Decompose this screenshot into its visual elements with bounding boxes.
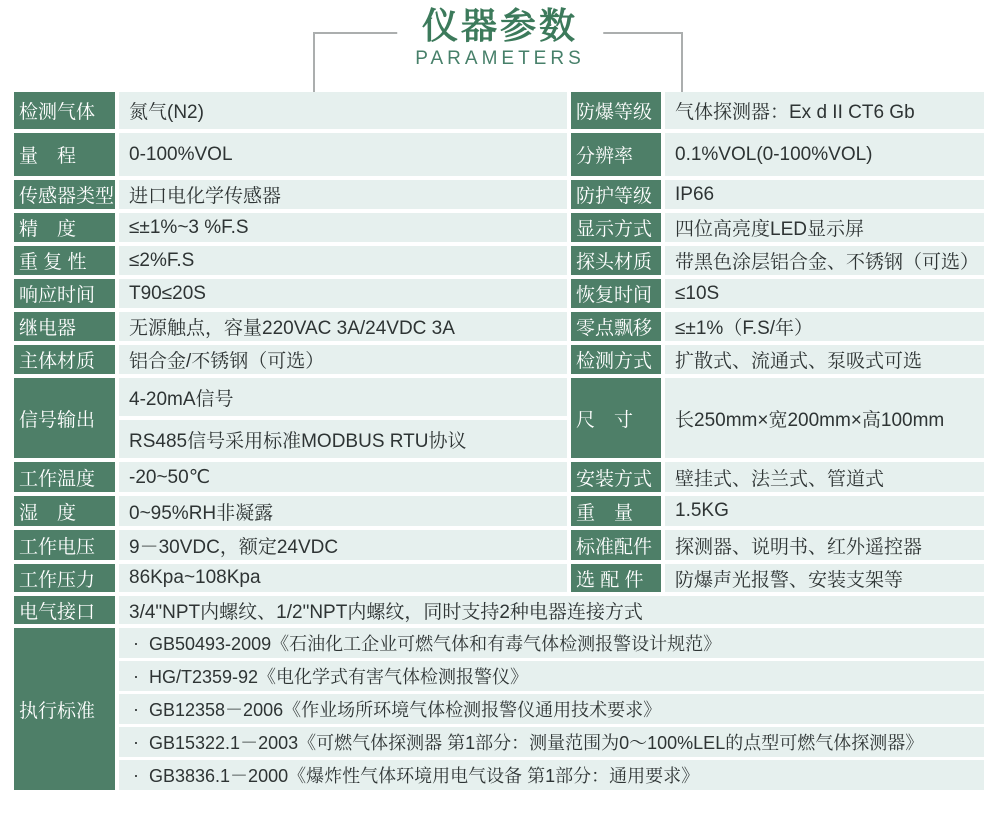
signal-output-values: 4-20mA信号 RS485信号采用标准MODBUS RTU协议 bbox=[119, 378, 567, 458]
bullet-icon: · bbox=[133, 666, 139, 687]
standards-list: · GB50493-2009《石油化工企业可燃气体和有毒气体检测报警设计规范》 … bbox=[119, 628, 984, 790]
table-row: 工作压力 86Kpa~108Kpa 选 配 件 防爆声光报警、安装支架等 bbox=[14, 564, 984, 592]
table-row: 量 程 0-100%VOL 分辨率 0.1%VOL(0-100%VOL) bbox=[14, 133, 984, 176]
spec-value: 扩散式、流通式、泵吸式可选 bbox=[665, 345, 984, 374]
spec-label: 主体材质 bbox=[14, 345, 115, 374]
spec-value: 探测器、说明书、红外遥控器 bbox=[665, 530, 984, 560]
spec-label: 防护等级 bbox=[571, 180, 661, 209]
spec-label: 检测方式 bbox=[571, 345, 661, 374]
spec-value: 气体探测器：Ex d II CT6 Gb bbox=[665, 92, 984, 129]
table-row: 传感器类型 进口电化学传感器 防护等级 IP66 bbox=[14, 180, 984, 209]
spec-value: ≤2%F.S bbox=[119, 246, 567, 275]
spec-label: 选 配 件 bbox=[571, 564, 661, 592]
electrical-interface-label: 电气接口 bbox=[14, 596, 115, 624]
bullet-icon: · bbox=[133, 633, 139, 654]
table-row: 检测气体 氮气(N2) 防爆等级 气体探测器：Ex d II CT6 Gb bbox=[14, 92, 984, 129]
standard-item: · GB3836.1－2000《爆炸性气体环境用电气设备 第1部分：通用要求》 bbox=[119, 760, 984, 790]
spec-value: 0~95%RH非凝露 bbox=[119, 496, 567, 526]
spec-label: 零点飘移 bbox=[571, 312, 661, 341]
spec-label: 传感器类型 bbox=[14, 180, 115, 209]
spec-label: 量 程 bbox=[14, 133, 115, 176]
spec-label: 探头材质 bbox=[571, 246, 661, 275]
bullet-icon: · bbox=[133, 765, 139, 786]
spec-label: 继电器 bbox=[14, 312, 115, 341]
table-row: 响应时间 T90≤20S 恢复时间 ≤10S bbox=[14, 279, 984, 308]
spec-label: 响应时间 bbox=[14, 279, 115, 308]
spec-label: 安装方式 bbox=[571, 462, 661, 492]
spec-value: 铝合金/不锈钢（可选） bbox=[119, 345, 567, 374]
page-title: 仪器参数 bbox=[415, 4, 585, 48]
spec-label: 恢复时间 bbox=[571, 279, 661, 308]
electrical-interface-row: 电气接口 3/4"NPT内螺纹、1/2"NPT内螺纹，同时支持2种电器连接方式 bbox=[14, 596, 984, 624]
standard-text: GB15322.1－2003《可燃气体探测器 第1部分：测量范围为0～100%L… bbox=[149, 729, 923, 755]
standard-item: · HG/T2359-92《电化学式有害气体检测报警仪》 bbox=[119, 661, 984, 691]
spec-label: 显示方式 bbox=[571, 213, 661, 242]
spec-label: 检测气体 bbox=[14, 92, 115, 129]
spec-value: 带黑色涂层铝合金、不锈钢（可选） bbox=[665, 246, 984, 275]
spec-value: ≤±1%（F.S/年） bbox=[665, 312, 984, 341]
spec-label: 标准配件 bbox=[571, 530, 661, 560]
spec-label: 精 度 bbox=[14, 213, 115, 242]
spec-value: 进口电化学传感器 bbox=[119, 180, 567, 209]
page-header: 仪器参数 PARAMETERS bbox=[0, 0, 1000, 92]
standard-text: GB12358－2006《作业场所环境气体检测报警仪通用技术要求》 bbox=[149, 696, 661, 722]
spec-label: 工作压力 bbox=[14, 564, 115, 592]
spec-value: IP66 bbox=[665, 180, 984, 209]
signal-dimensions-row: 信号输出 4-20mA信号 RS485信号采用标准MODBUS RTU协议 尺 … bbox=[14, 378, 984, 458]
standard-text: GB3836.1－2000《爆炸性气体环境用电气设备 第1部分：通用要求》 bbox=[149, 762, 699, 788]
spec-label: 重 量 bbox=[571, 496, 661, 526]
table-row: 工作温度 -20~50℃ 安装方式 壁挂式、法兰式、管道式 bbox=[14, 462, 984, 492]
dimensions-value: 长250mm×宽200mm×高100mm bbox=[665, 378, 984, 458]
table-row: 主体材质 铝合金/不锈钢（可选） 检测方式 扩散式、流通式、泵吸式可选 bbox=[14, 345, 984, 374]
spec-value: 0.1%VOL(0-100%VOL) bbox=[665, 133, 984, 176]
spec-value: 9－30VDC，额定24VDC bbox=[119, 530, 567, 560]
standard-item: · GB50493-2009《石油化工企业可燃气体和有毒气体检测报警设计规范》 bbox=[119, 628, 984, 658]
spec-label: 重 复 性 bbox=[14, 246, 115, 275]
spec-label: 工作电压 bbox=[14, 530, 115, 560]
table-row: 工作电压 9－30VDC，额定24VDC 标准配件 探测器、说明书、红外遥控器 bbox=[14, 530, 984, 560]
bullet-icon: · bbox=[133, 732, 139, 753]
spec-label: 工作温度 bbox=[14, 462, 115, 492]
spec-value: 四位高亮度LED显示屏 bbox=[665, 213, 984, 242]
dimensions-label: 尺 寸 bbox=[571, 378, 661, 458]
spec-value: T90≤20S bbox=[119, 279, 567, 308]
spec-value: ≤10S bbox=[665, 279, 984, 308]
signal-output-label: 信号输出 bbox=[14, 378, 115, 458]
spec-value: 防爆声光报警、安装支架等 bbox=[665, 564, 984, 592]
spec-label: 防爆等级 bbox=[571, 92, 661, 129]
spec-label: 湿 度 bbox=[14, 496, 115, 526]
spec-value: 氮气(N2) bbox=[119, 92, 567, 129]
standards-row: 执行标准 · GB50493-2009《石油化工企业可燃气体和有毒气体检测报警设… bbox=[14, 628, 984, 790]
table-row: 精 度 ≤±1%~3 %F.S 显示方式 四位高亮度LED显示屏 bbox=[14, 213, 984, 242]
electrical-interface-value: 3/4"NPT内螺纹、1/2"NPT内螺纹，同时支持2种电器连接方式 bbox=[119, 596, 984, 624]
title-block: 仪器参数 PARAMETERS bbox=[397, 4, 603, 70]
spec-value: 0-100%VOL bbox=[119, 133, 567, 176]
standard-item: · GB15322.1－2003《可燃气体探测器 第1部分：测量范围为0～100… bbox=[119, 727, 984, 757]
spec-value: 壁挂式、法兰式、管道式 bbox=[665, 462, 984, 492]
signal-value-rs485: RS485信号采用标准MODBUS RTU协议 bbox=[119, 420, 567, 458]
spec-value: 无源触点，容量220VAC 3A/24VDC 3A bbox=[119, 312, 567, 341]
page-subtitle: PARAMETERS bbox=[415, 48, 585, 70]
spec-value: ≤±1%~3 %F.S bbox=[119, 213, 567, 242]
table-row: 重 复 性 ≤2%F.S 探头材质 带黑色涂层铝合金、不锈钢（可选） bbox=[14, 246, 984, 275]
spec-value: -20~50℃ bbox=[119, 462, 567, 492]
standard-text: GB50493-2009《石油化工企业可燃气体和有毒气体检测报警设计规范》 bbox=[149, 630, 721, 656]
spec-value: 86Kpa~108Kpa bbox=[119, 564, 567, 592]
standard-item: · GB12358－2006《作业场所环境气体检测报警仪通用技术要求》 bbox=[119, 694, 984, 724]
standards-label: 执行标准 bbox=[14, 628, 115, 790]
bullet-icon: · bbox=[133, 699, 139, 720]
table-row: 继电器 无源触点，容量220VAC 3A/24VDC 3A 零点飘移 ≤±1%（… bbox=[14, 312, 984, 341]
spec-table: 检测气体 氮气(N2) 防爆等级 气体探测器：Ex d II CT6 Gb 量 … bbox=[14, 92, 984, 790]
spec-value: 1.5KG bbox=[665, 496, 984, 526]
signal-value-analog: 4-20mA信号 bbox=[119, 378, 567, 416]
standard-text: HG/T2359-92《电化学式有害气体检测报警仪》 bbox=[149, 663, 528, 689]
spec-label: 分辨率 bbox=[571, 133, 661, 176]
table-row: 湿 度 0~95%RH非凝露 重 量 1.5KG bbox=[14, 496, 984, 526]
